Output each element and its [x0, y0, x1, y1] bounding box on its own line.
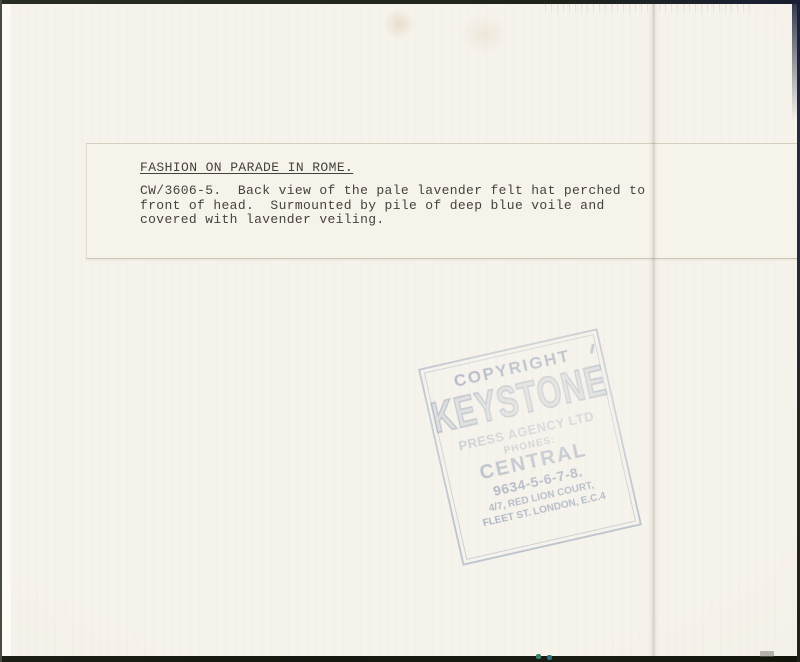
scan-margin-strip — [2, 4, 11, 656]
scan-corner-shadow — [792, 0, 800, 120]
edge-speck — [536, 654, 541, 659]
typed-caption-slip: FASHION ON PARADE IN ROME. CW/3606-5. Ba… — [86, 143, 800, 259]
edge-speck — [760, 651, 774, 657]
scan-edge-bottom — [0, 656, 800, 662]
edge-speck — [547, 655, 552, 660]
caption-title: FASHION ON PARADE IN ROME. — [140, 160, 800, 175]
photo-back-paper — [0, 0, 800, 662]
scan-edge-streaks — [545, 3, 750, 16]
scanned-photo-verso: FASHION ON PARADE IN ROME. CW/3606-5. Ba… — [0, 0, 800, 662]
caption-line: covered with lavender veiling. — [140, 213, 800, 228]
caption-line: CW/3606-5. Back view of the pale lavende… — [140, 184, 800, 199]
caption-line: front of head. Surmounted by pile of dee… — [140, 199, 800, 214]
paper-crease — [649, 0, 658, 662]
